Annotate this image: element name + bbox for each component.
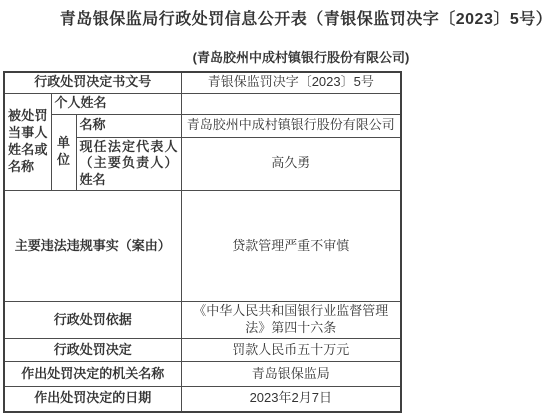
row-basis: 行政处罚依据 《中华人民共和国银行业监督管理法》第四十六条 xyxy=(4,302,401,339)
basis-value-cell: 《中华人民共和国银行业监督管理法》第四十六条 xyxy=(181,302,401,339)
date-value-cell: 2023年2月7日 xyxy=(181,387,401,412)
page-title: 青岛银保监局行政处罚信息公开表（青银保监罚决字〔2023〕5号） xyxy=(0,6,554,29)
party-group-label-cell: 被处罚当事人姓名或名称 xyxy=(4,93,51,191)
facts-value-cell: 贷款管理严重不审慎 xyxy=(181,191,401,302)
row-decision: 行政处罚决定 罚款人民币五十万元 xyxy=(4,339,401,362)
org-name-label-cell: 名称 xyxy=(76,114,181,137)
doc-number-value-cell: 青银保监罚决字〔2023〕5号 xyxy=(181,72,401,93)
org-name-value-cell: 青岛胶州中成村镇银行股份有限公司 xyxy=(181,114,401,137)
date-label-cell: 作出处罚决定的日期 xyxy=(4,387,181,412)
row-org-name: 单位 名称 青岛胶州中成村镇银行股份有限公司 xyxy=(4,114,401,137)
row-date: 作出处罚决定的日期 2023年2月7日 xyxy=(4,387,401,412)
row-authority: 作出处罚决定的机关名称 青岛银保监局 xyxy=(4,362,401,387)
authority-value-cell: 青岛银保监局 xyxy=(181,362,401,387)
row-facts: 主要违法违规事实（案由） 贷款管理严重不审慎 xyxy=(4,191,401,302)
decision-value-cell: 罚款人民币五十万元 xyxy=(181,339,401,362)
authority-label-cell: 作出处罚决定的机关名称 xyxy=(4,362,181,387)
row-doc-number: 行政处罚决定书文号 青银保监罚决字〔2023〕5号 xyxy=(4,72,401,93)
penalty-disclosure-page: 青岛银保监局行政处罚信息公开表（青银保监罚决字〔2023〕5号） (青岛胶州中成… xyxy=(0,0,554,415)
penalty-table: 行政处罚决定书文号 青银保监罚决字〔2023〕5号 被处罚当事人姓名或名称 个人… xyxy=(3,71,402,413)
facts-label-cell: 主要违法违规事实（案由） xyxy=(4,191,181,302)
page-subtitle: (青岛胶州中成村镇银行股份有限公司) xyxy=(0,47,554,66)
legal-rep-label-cell: 现任法定代表人（主要负责人）姓名 xyxy=(76,137,181,191)
individual-name-label-cell: 个人姓名 xyxy=(51,93,181,114)
legal-rep-value-cell: 高久勇 xyxy=(181,137,401,191)
doc-number-label-cell: 行政处罚决定书文号 xyxy=(4,72,181,93)
basis-label-cell: 行政处罚依据 xyxy=(4,302,181,339)
row-individual-name: 被处罚当事人姓名或名称 个人姓名 xyxy=(4,93,401,114)
individual-name-value-cell xyxy=(181,93,401,114)
org-unit-label-cell: 单位 xyxy=(51,114,76,191)
decision-label-cell: 行政处罚决定 xyxy=(4,339,181,362)
